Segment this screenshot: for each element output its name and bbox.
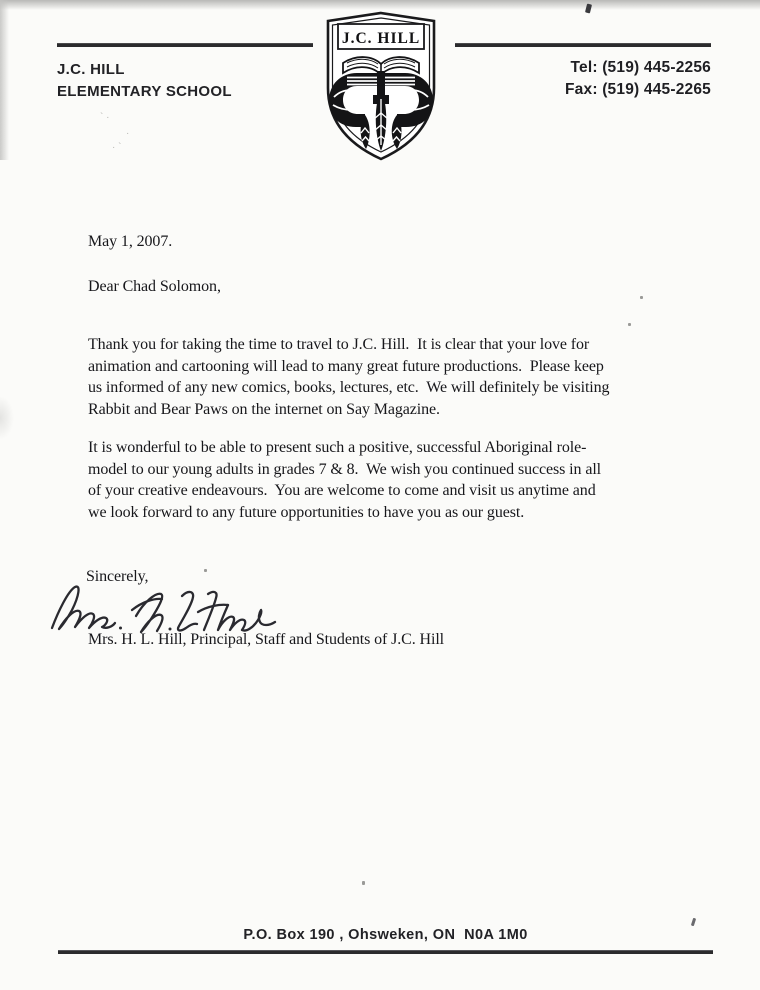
scan-speck (362, 881, 365, 885)
scan-edge-top (0, 0, 760, 10)
contact-info: Tel: (519) 445-2256 Fax: (519) 445-2265 (565, 57, 711, 101)
letterhead-rule-right (455, 43, 711, 47)
scan-edge-left (0, 0, 9, 160)
footer-rule (58, 950, 713, 954)
school-name-line2: ELEMENTARY SCHOOL (57, 81, 232, 103)
pencil-mark: ` · (100, 112, 109, 123)
date-line: May 1, 2007. (88, 231, 172, 253)
school-name-line1: J.C. HILL (57, 59, 232, 81)
crest-banner-text: J.C. HILL (342, 30, 420, 47)
fax-line: Fax: (519) 445-2265 (565, 79, 711, 101)
school-name: J.C. HILL ELEMENTARY SCHOOL (57, 59, 232, 103)
salutation: Dear Chad Solomon, (88, 276, 221, 298)
scan-speck (691, 918, 696, 927)
tel-line: Tel: (519) 445-2256 (565, 57, 711, 79)
handwritten-signature (48, 571, 286, 635)
letterhead-rule-left (57, 43, 313, 47)
typed-signature-line: Mrs. H. L. Hill, Principal, Staff and St… (88, 629, 444, 651)
scan-noise-blob (0, 396, 14, 440)
scan-speck (628, 323, 631, 326)
pencil-mark: · (126, 128, 129, 139)
footer-address: P.O. Box 190 , Ohsweken, ON N0A 1M0 (58, 927, 713, 943)
scan-speck (585, 4, 592, 14)
scanned-letter-page: ` · · · ` J.C. HILL ELEMENTARY SCHOOL Te… (0, 0, 760, 990)
scan-speck (640, 296, 643, 299)
pencil-mark: · ` (112, 142, 121, 153)
signature-script-path (52, 587, 115, 629)
school-crest-logo: J.C. HILL (321, 11, 441, 161)
paragraph-1: Thank you for taking the time to travel … (88, 334, 609, 420)
paragraph-2: It is wonderful to be able to present su… (88, 437, 601, 523)
